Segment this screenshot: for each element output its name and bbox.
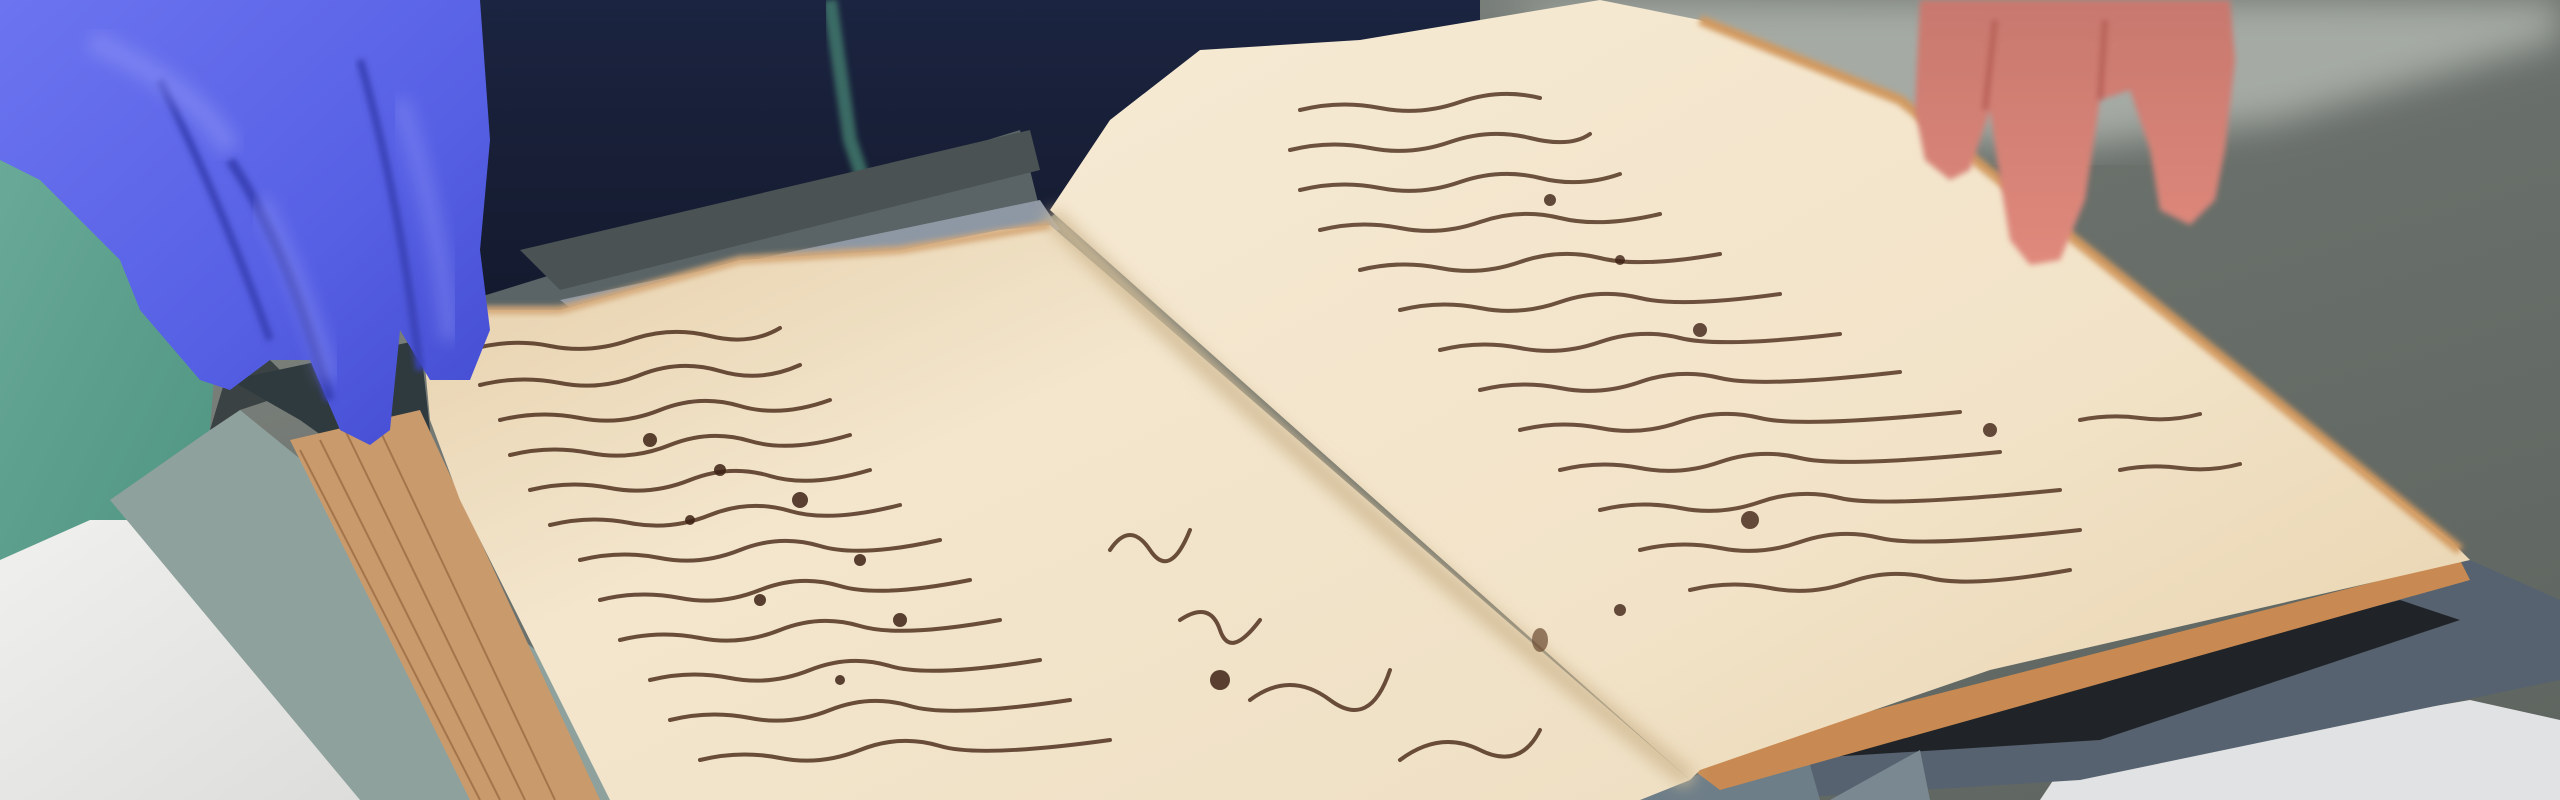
photo-scene: A gloved hand turns the pages of an old … <box>0 0 2560 800</box>
spine-stain <box>1532 628 1548 652</box>
photo-canvas <box>0 0 2560 800</box>
